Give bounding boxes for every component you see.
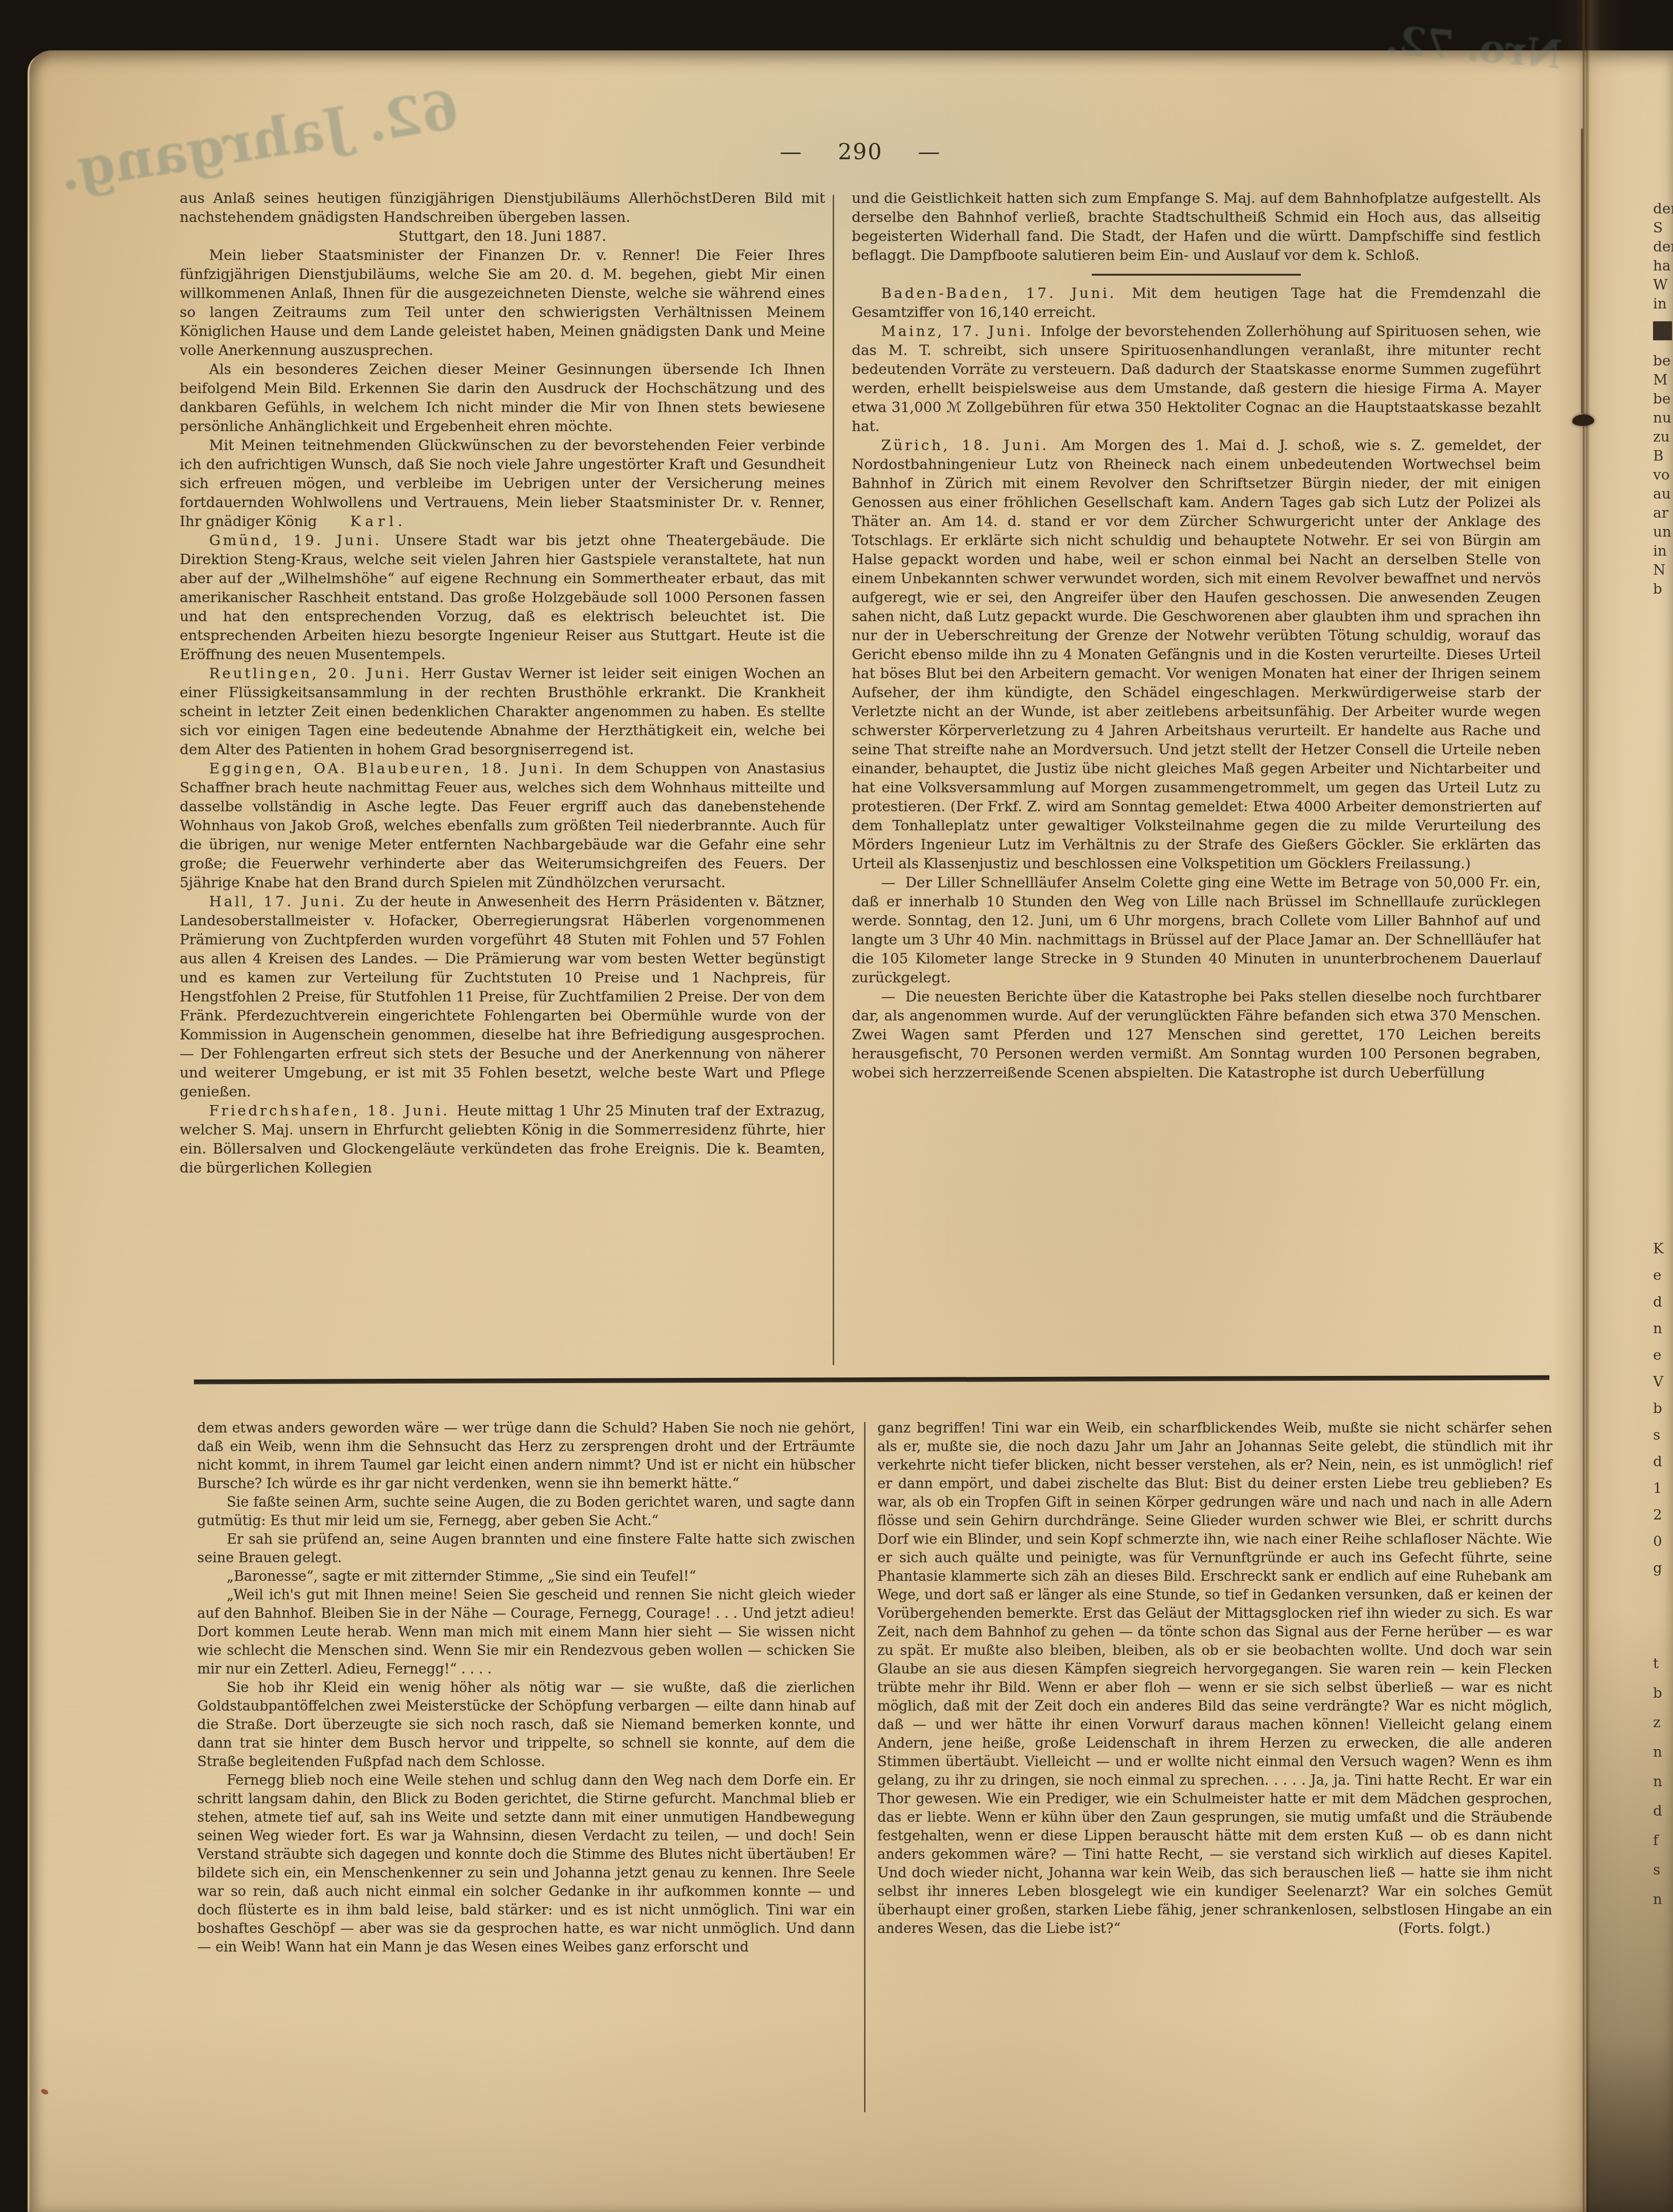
edge-fragment-letter: s: [1653, 1856, 1673, 1885]
edge-fragment-letter: s: [1653, 1422, 1673, 1449]
edge-fragment-letter: b: [1653, 580, 1673, 599]
edge-fragment-letter: der: [1653, 238, 1673, 257]
news-item-paks: — Die neuesten Berichte über die Katastr…: [852, 988, 1541, 1083]
edge-fragments-bottom: tbznndfsn: [1653, 1649, 1673, 1914]
edge-fragment-letter: n: [1653, 1767, 1673, 1797]
edge-fragment-letter: d: [1653, 1289, 1673, 1316]
column-rule-upper: [833, 195, 834, 1365]
news-item-zuerich: Zürich, 18. Juni. Am Morgen des 1. Mai d…: [852, 436, 1541, 874]
edge-fragment-letter: n: [1653, 1738, 1673, 1767]
header-dash-right: —: [918, 139, 941, 164]
dateline: Mainz, 17. Juni.: [881, 323, 1040, 340]
edge-fragment-letter: n: [1653, 1885, 1673, 1914]
edge-fragment-letter: 2: [1653, 1502, 1673, 1529]
edge-fragment-letter: der: [1653, 200, 1673, 219]
dateline: —: [881, 989, 905, 1005]
edge-fragments-middle: beMbenuzuBvoauaruninNb: [1653, 352, 1673, 599]
edge-fragment-letter: K: [1653, 1236, 1673, 1262]
dateline: Zürich, 18. Juni.: [881, 437, 1061, 454]
dateline: Baden-Baden, 17. Juni.: [881, 285, 1132, 302]
dateline: Hall, 17. Juni.: [209, 894, 355, 910]
edge-fragments-upper: derSderhaWin: [1653, 200, 1673, 348]
edge-fragment-letter: ha: [1653, 257, 1673, 276]
edge-fragment-letter: be: [1653, 352, 1673, 371]
letter-paragraph-3: Mit Meinen teitnehmenden Glückwünschen z…: [180, 436, 825, 531]
edge-fragment-letter: vo: [1653, 466, 1673, 485]
news-item-friedrichshafen: Friedrchshafen, 18. Juni. Heute mittag 1…: [180, 1102, 825, 1178]
dateline: Friedrchshafen, 18. Juni.: [209, 1103, 457, 1119]
news-item-hall: Hall, 17. Juni. Zu der heute in Anwesenh…: [180, 893, 825, 1102]
upper-right-column: und die Geistlichkeit hatten sich zum Em…: [852, 189, 1541, 1083]
news-item-baden-baden: Baden-Baden, 17. Juni. Mit dem heutigen …: [852, 284, 1541, 322]
edge-fragments-lower: KedneVbsd120g: [1653, 1236, 1673, 1582]
column-rule-lower: [864, 1422, 865, 2112]
edge-fragment-letter: in: [1653, 542, 1673, 561]
page-number: 290: [838, 139, 883, 164]
edge-fragment-letter: e: [1653, 1342, 1673, 1369]
dateline: —: [881, 875, 905, 891]
edge-fragment-letter: W: [1653, 276, 1673, 295]
dateline: Eggingen, OA. Blaubeuren, 18. Juni.: [209, 760, 575, 777]
friedrichshafen-continuation: und die Geistlichkeit hatten sich zum Em…: [852, 189, 1541, 265]
letter-paragraph-2: Als ein besonderes Zeichen dieser Meiner…: [180, 360, 825, 436]
feuilleton-left-column: dem etwas anders geworden wäre — wer trü…: [197, 1419, 855, 1956]
news-item-reutlingen: Reutlingen, 20. Juni. Herr Gustav Werner…: [180, 664, 825, 760]
fold-slit-tear: [1581, 128, 1583, 414]
edge-fragment-letter: d: [1653, 1449, 1673, 1475]
letter-dateline: Stuttgart, den 18. Juni 1887.: [180, 227, 825, 246]
edge-fragment-letter: b: [1653, 1395, 1673, 1422]
letter-paragraph-1: Mein lieber Staatsminister der Finanzen …: [180, 246, 825, 360]
news-item-gmuend: Gmünd, 19. Juni. Unsere Stadt war bis je…: [180, 531, 825, 664]
feuilleton-right-column: ganz begriffen! Tini war ein Weib, ein s…: [877, 1419, 1552, 1938]
edge-fragment-letter: 0: [1653, 1529, 1673, 1555]
news-item-eggingen: Eggingen, OA. Blaubeuren, 18. Juni. In d…: [180, 760, 825, 893]
edge-fragment-letter: in: [1653, 295, 1673, 314]
section-divider-rule: [1092, 274, 1301, 276]
novel-paragraph: Er sah sie prüfend an, seine Augen brann…: [197, 1530, 855, 1567]
edge-fragment-letter: V: [1653, 1369, 1673, 1395]
edge-fragment-letter: un: [1653, 523, 1673, 542]
dateline: Gmünd, 19. Juni.: [209, 532, 395, 549]
edge-fragment-letter: B: [1653, 447, 1673, 466]
edge-fragment-letter: zu: [1653, 428, 1673, 447]
edge-fragment-rule: [1653, 321, 1672, 340]
edge-fragment-letter: ar: [1653, 504, 1673, 523]
edge-fragment-letter: be: [1653, 390, 1673, 409]
novel-continuation: ganz begriffen! Tini war ein Weib, ein s…: [877, 1419, 1552, 1938]
novel-paragraph: Sie faßte seinen Arm, suchte seine Augen…: [197, 1493, 855, 1530]
news-item-colette: — Der Liller Schnellläufer Anselm Colett…: [852, 874, 1541, 988]
edge-fragment-letter: e: [1653, 1262, 1673, 1289]
royal-letter-continuation: aus Anlaß seines heutigen fünzigjährigen…: [180, 189, 825, 227]
scanned-newspaper-screenshot: { "header": { "dash_left": "—", "number"…: [0, 0, 1673, 2212]
edge-fragment-letter: au: [1653, 485, 1673, 504]
novel-paragraph: Fernegg blieb noch eine Weile stehen und…: [197, 1771, 855, 1956]
edge-fragment-letter: z: [1653, 1708, 1673, 1738]
novel-continuation: dem etwas anders geworden wäre — wer trü…: [197, 1419, 855, 1493]
news-item-mainz: Mainz, 17. Juni. Infolge der bevorstehen…: [852, 322, 1541, 436]
edge-fragment-letter: f: [1653, 1826, 1673, 1856]
novel-paragraph: „Weil ich's gut mit Ihnen meine! Seien S…: [197, 1586, 855, 1678]
edge-fragment-letter: M: [1653, 371, 1673, 390]
novel-paragraph: Sie hob ihr Kleid ein wenig höher als nö…: [197, 1678, 855, 1771]
header-dash-left: —: [779, 139, 802, 164]
edge-fragment-letter: d: [1653, 1797, 1673, 1826]
paper-shading: [29, 2012, 1673, 2212]
edge-fragment-letter: t: [1653, 1649, 1673, 1679]
dateline: Reutlingen, 20. Juni.: [209, 665, 421, 682]
signature: Karl.: [350, 513, 407, 530]
edge-fragment-letter: g: [1653, 1555, 1673, 1582]
edge-fragment-letter: n: [1653, 1316, 1673, 1342]
edge-fragment-letter: nu: [1653, 409, 1673, 428]
edge-fragment-letter: 1: [1653, 1475, 1673, 1502]
edge-fragment-letter: b: [1653, 1679, 1673, 1708]
upper-left-column: aus Anlaß seines heutigen fünzigjährigen…: [180, 189, 825, 1178]
edge-fragment-letter: N: [1653, 561, 1673, 580]
novel-paragraph: „Baronesse“, sagte er mit zitternder Sti…: [197, 1567, 855, 1586]
edge-fragment-letter: S: [1653, 219, 1673, 238]
page-number-header: — 290 —: [178, 139, 1542, 164]
